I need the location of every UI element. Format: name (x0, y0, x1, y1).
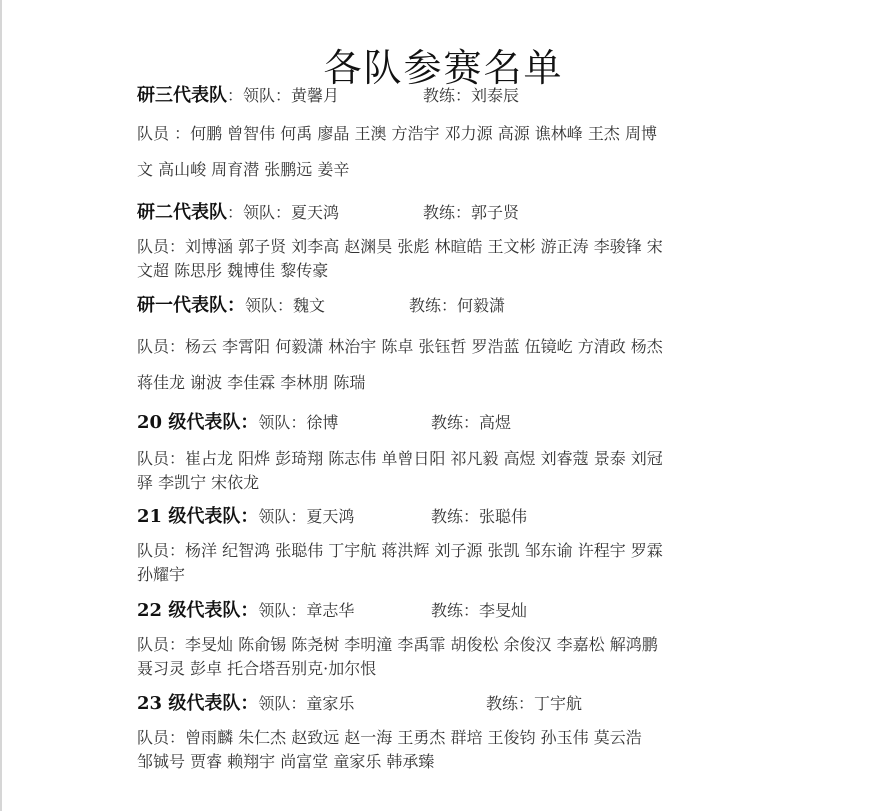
team-header: 23 级代表队：领队：童家乐 教练：丁宇航 (137, 692, 777, 716)
member-list: 队员：曾雨麟 朱仁杰 赵致远 赵一海 王勇杰 群培 王俊钧 孙玉伟 莫云浩 邹铖… (137, 726, 777, 774)
coach-label: 教练： (423, 86, 471, 105)
member-line: 刘博涵 郭子贤 刘李高 赵渊昊 张彪 林暄皓 王文彬 游正涛 李骏锋 宋 (185, 237, 663, 256)
member-line: 文超 陈思彤 魏博佳 黎传豪 (137, 261, 328, 280)
members-label: 队员： (137, 337, 185, 356)
colon: ： (240, 600, 258, 621)
member-line: 崔占龙 阳烨 彭琦翔 陈志伟 单曾日阳 祁凡毅 高煜 刘睿蔻 景泰 刘冠 (185, 449, 663, 468)
coach-info: 教练：刘泰辰 (423, 84, 519, 108)
members-label: 队员： (137, 449, 185, 468)
members-label: 队员： (137, 237, 185, 256)
members-label: 队员： (137, 728, 185, 747)
colon: ： (240, 506, 258, 527)
team-header: 研二代表队：领队：夏天鸿 教练：郭子贤 (137, 201, 777, 225)
coach-info: 教练：张聪伟 (431, 505, 527, 529)
team-name: 研三代表队 (137, 85, 227, 106)
members-label: 队员： (137, 635, 185, 654)
member-line: 杨洋 纪智鸿 张聪伟 丁宇航 蒋洪辉 刘子源 张凯 邹东谕 许程宇 罗霖 (185, 541, 663, 560)
coach-label: 教练： (409, 296, 457, 315)
member-line: 文 高山峻 周育潜 张鹏远 姜辛 (137, 160, 349, 179)
leader-name: 章志华 (306, 601, 354, 620)
coach-info: 教练：李旻灿 (431, 599, 527, 623)
team-name: 20 级代表队 (137, 412, 240, 433)
member-list: 队员：刘博涵 郭子贤 刘李高 赵渊昊 张彪 林暄皓 王文彬 游正涛 李骏锋 宋 … (137, 235, 777, 283)
leader-name: 黄馨月 (291, 86, 339, 105)
leader-label: 领队： (258, 413, 306, 432)
team-header: 22 级代表队：领队：章志华 教练：李旻灿 (137, 599, 777, 623)
leader-label: 领队： (243, 203, 291, 222)
coach-name: 刘泰辰 (471, 86, 519, 105)
member-line: 李旻灿 陈俞锡 陈尧树 李明潼 李禹霏 胡俊松 余俊汉 李嘉松 解鸿鹏 (185, 635, 658, 654)
team-header: 研一代表队：领队：魏文 教练：何毅潇 (137, 294, 777, 318)
coach-label: 教练： (431, 601, 479, 620)
member-list: 队员：杨洋 纪智鸿 张聪伟 丁宇航 蒋洪辉 刘子源 张凯 邹东谕 许程宇 罗霖 … (137, 539, 777, 587)
coach-info: 教练：郭子贤 (423, 201, 519, 225)
team-section-grade23: 23 级代表队：领队：童家乐 教练：丁宇航 队员：曾雨麟 朱仁杰 赵致远 赵一海… (137, 692, 777, 774)
colon: ： (227, 203, 243, 222)
coach-name: 张聪伟 (479, 507, 527, 526)
leader-label: 领队： (258, 694, 306, 713)
member-line: 何鹏 曾智伟 何禹 廖晶 王澳 方浩宇 邓力源 高源 谯林峰 王杰 周博 (190, 124, 657, 143)
leader-name: 夏天鸿 (306, 507, 354, 526)
colon: ： (240, 693, 258, 714)
team-header: 20 级代表队：领队：徐博 教练：高煜 (137, 411, 777, 435)
member-list: 队员：杨云 李霄阳 何毅潇 林治宇 陈卓 张钰哲 罗浩蓝 伍镜屹 方清政 杨杰 … (137, 335, 777, 395)
team-section-yan1: 研一代表队：领队：魏文 教练：何毅潇 队员：杨云 李霄阳 何毅潇 林治宇 陈卓 … (137, 294, 777, 395)
coach-info: 教练：丁宇航 (486, 692, 582, 716)
leader-label: 领队： (245, 296, 293, 315)
team-name: 研一代表队 (137, 295, 227, 316)
team-name: 23 级代表队 (137, 693, 240, 714)
member-line: 杨云 李霄阳 何毅潇 林治宇 陈卓 张钰哲 罗浩蓝 伍镜屹 方清政 杨杰 (185, 337, 663, 356)
team-section-grade20: 20 级代表队：领队：徐博 教练：高煜 队员：崔占龙 阳烨 彭琦翔 陈志伟 单曾… (137, 411, 777, 495)
coach-label: 教练： (431, 413, 479, 432)
member-line: 聂习灵 彭卓 托合塔吾别克·加尔恨 (137, 659, 376, 678)
team-header: 21 级代表队：领队：夏天鸿 教练：张聪伟 (137, 505, 777, 529)
coach-name: 郭子贤 (471, 203, 519, 222)
coach-name: 高煜 (479, 413, 511, 432)
page-edge-divider (0, 0, 2, 811)
colon: ： (240, 412, 258, 433)
leader-name: 徐博 (306, 413, 338, 432)
team-name: 22 级代表队 (137, 600, 240, 621)
coach-name: 李旻灿 (479, 601, 527, 620)
member-list: 队员：崔占龙 阳烨 彭琦翔 陈志伟 单曾日阳 祁凡毅 高煜 刘睿蔻 景泰 刘冠 … (137, 447, 777, 495)
colon: ： (227, 295, 245, 316)
member-line: 邹铖号 贾睿 赖翔宇 尚富堂 童家乐 韩承臻 (137, 752, 434, 771)
team-section-yan2: 研二代表队：领队：夏天鸿 教练：郭子贤 队员：刘博涵 郭子贤 刘李高 赵渊昊 张… (137, 201, 777, 283)
team-section-grade22: 22 级代表队：领队：章志华 教练：李旻灿 队员：李旻灿 陈俞锡 陈尧树 李明潼… (137, 599, 777, 681)
leader-label: 领队： (258, 507, 306, 526)
leader-name: 夏天鸿 (291, 203, 339, 222)
members-label: 队员 ： (137, 124, 190, 143)
member-list: 队员 ：何鹏 曾智伟 何禹 廖晶 王澳 方浩宇 邓力源 高源 谯林峰 王杰 周博… (137, 122, 777, 182)
coach-name: 丁宇航 (534, 694, 582, 713)
coach-label: 教练： (486, 694, 534, 713)
leader-name: 魏文 (293, 296, 325, 315)
coach-name: 何毅潇 (457, 296, 505, 315)
coach-info: 教练：高煜 (431, 411, 511, 435)
coach-info: 教练：何毅潇 (409, 294, 505, 318)
leader-label: ： (227, 86, 243, 105)
leader-name: 童家乐 (306, 694, 354, 713)
member-line: 驿 李凯宁 宋依龙 (137, 473, 259, 492)
team-header: 研三代表队：领队：黄馨月 教练：刘泰辰 (137, 84, 777, 108)
coach-label: 教练： (423, 203, 471, 222)
member-list: 队员：李旻灿 陈俞锡 陈尧树 李明潼 李禹霏 胡俊松 余俊汉 李嘉松 解鸿鹏 聂… (137, 633, 777, 681)
members-label: 队员： (137, 541, 185, 560)
member-line: 曾雨麟 朱仁杰 赵致远 赵一海 王勇杰 群培 王俊钧 孙玉伟 莫云浩 (185, 728, 642, 747)
leader-label: 领队： (258, 601, 306, 620)
team-section-grade21: 21 级代表队：领队：夏天鸿 教练：张聪伟 队员：杨洋 纪智鸿 张聪伟 丁宇航 … (137, 505, 777, 587)
member-line: 蒋佳龙 谢波 李佳霖 李林朋 陈瑞 (137, 373, 365, 392)
coach-label: 教练： (431, 507, 479, 526)
team-name: 研二代表队 (137, 202, 227, 223)
team-name: 21 级代表队 (137, 506, 240, 527)
leader-label: 领队： (243, 86, 291, 105)
member-line: 孙耀宇 (137, 565, 185, 584)
team-section-yan3: 研三代表队：领队：黄馨月 教练：刘泰辰 队员 ：何鹏 曾智伟 何禹 廖晶 王澳 … (137, 84, 777, 182)
